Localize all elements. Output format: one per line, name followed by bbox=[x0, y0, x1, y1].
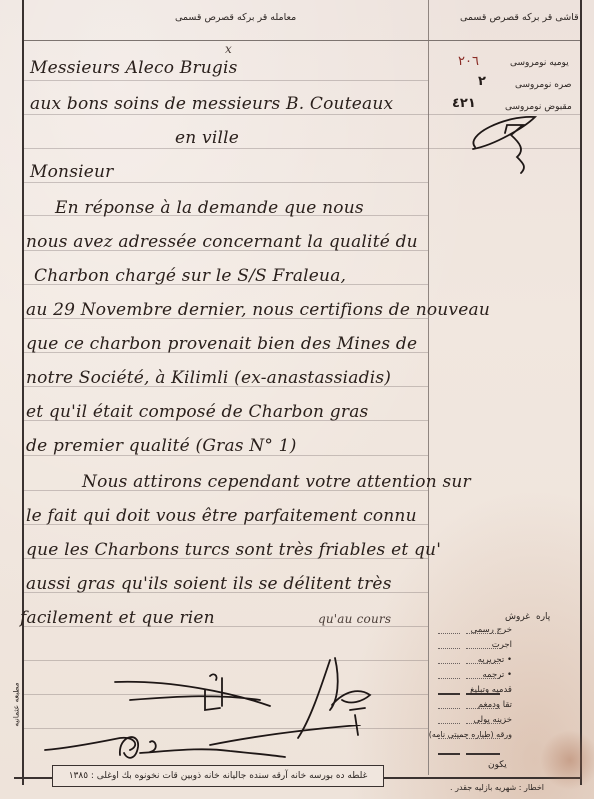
body-line: notre Société, à Kilimli (ex-anastassiad… bbox=[26, 368, 391, 388]
fee-row: قدميه وتبليغ bbox=[432, 685, 578, 699]
ruled-line bbox=[24, 80, 428, 81]
header-right-title: قاشى قر بركه قصرص قسمى bbox=[460, 12, 579, 23]
ref-value-bundle-number: ٢ bbox=[478, 74, 486, 89]
body-line: que les Charbons turcs sont très friable… bbox=[26, 540, 441, 560]
fee-row: خزينه پولى bbox=[432, 715, 578, 729]
body-line: et qu'il était composé de Charbon gras bbox=[26, 402, 368, 422]
body-line: Charbon chargé sur le S/S Fraleua, bbox=[34, 266, 346, 286]
signature-1 bbox=[110, 670, 280, 720]
body-line: En réponse à la demande que nous bbox=[55, 198, 364, 218]
fee-total-label: يكون bbox=[488, 760, 507, 770]
fee-row: اجرت bbox=[432, 640, 578, 654]
ref-label-daily-number: يوميه نومروسى bbox=[510, 58, 569, 68]
inserted-note: qu'au cours bbox=[318, 612, 391, 626]
marker-x: x bbox=[225, 42, 232, 56]
footer-note: اخطار : شهريه بازليه جقدر . bbox=[450, 783, 544, 792]
body-line: aussi gras qu'ils soient ils se délitent… bbox=[26, 574, 392, 594]
document-paper: معامله قر بركه قصرص قسمى قاشى قر بركه قص… bbox=[0, 0, 594, 799]
column-divider bbox=[428, 0, 429, 775]
address-line-3: en ville bbox=[175, 128, 239, 148]
fee-row: خرج رسمى bbox=[432, 625, 578, 639]
body-line: facilement et que rien bbox=[20, 608, 215, 628]
right-border-line bbox=[580, 0, 582, 785]
printer-address-box: غلطه ده بورسه خانه آرقه سنده جاليانه خان… bbox=[52, 765, 384, 787]
fee-header-kurus: غروش bbox=[505, 612, 530, 622]
fee-row: • ترجمه bbox=[432, 670, 578, 684]
ref-label-bundle-number: صره نومروسى bbox=[515, 80, 572, 90]
fee-row: تقا ودمغم bbox=[432, 700, 578, 714]
initials-signature bbox=[465, 105, 545, 175]
ref-value-daily-number: ٢٠٦ bbox=[458, 54, 479, 69]
paper-stain bbox=[540, 730, 594, 790]
left-margin-line bbox=[22, 0, 24, 785]
signature-4 bbox=[110, 725, 370, 770]
header-left-title: معامله قر بركه قصرص قسمى bbox=[175, 12, 296, 23]
address-line-2: aux bons soins de messieurs B. Couteaux bbox=[30, 94, 393, 114]
fee-row: • تحريريه bbox=[432, 655, 578, 669]
printer-address-text: غلطه ده بورسه خانه آرقه سنده جاليانه خان… bbox=[69, 771, 368, 781]
address-line-1: Messieurs Aleco Brugis bbox=[30, 58, 238, 78]
body-line: nous avez adressée concernant la qualité… bbox=[26, 232, 418, 252]
fee-header-para: پاره bbox=[536, 612, 550, 622]
body-line: le fait qui doit vous être parfaitement … bbox=[26, 506, 417, 526]
body-line: de premier qualité (Gras N° 1) bbox=[26, 436, 297, 456]
body-line: Nous attirons cependant votre attention … bbox=[82, 472, 471, 492]
printer-side-note: مطبعه عثمانيه bbox=[12, 682, 21, 726]
body-line: au 29 Novembre dernier, nous certifions … bbox=[26, 300, 490, 320]
body-line: que ce charbon provenait bien des Mines … bbox=[26, 334, 417, 354]
ruled-line bbox=[24, 182, 428, 183]
header-rule bbox=[24, 40, 580, 41]
salutation: Monsieur bbox=[30, 162, 114, 182]
